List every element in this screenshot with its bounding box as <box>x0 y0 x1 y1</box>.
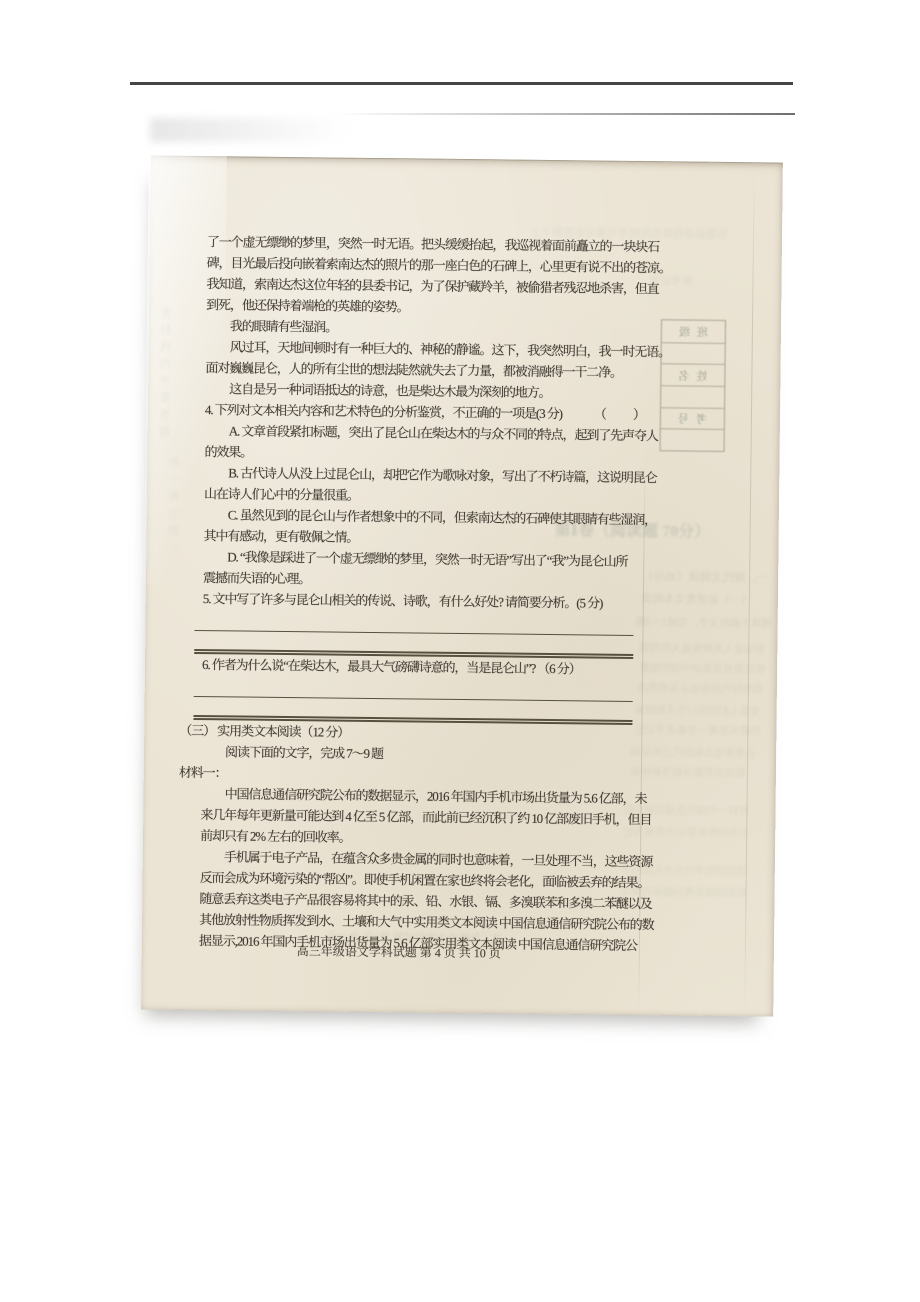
bleed-table-row: 考号 <box>661 407 724 429</box>
exam-body-text: 了一个虚无缥缈的梦里，突然一时无语。把头缓缓抬起，我巡视着面前矗立的一块块石碑，… <box>199 231 652 956</box>
bleed-table-row <box>661 385 724 407</box>
scanned-exam-page: 班级姓名考号 答题前请将姓名班级考号填写在答题卡上准考证号第Ⅰ卷（阅读题 70分… <box>0 0 920 1302</box>
bleed-through-text: 的路买票难一票难求等记忆 <box>634 722 760 738</box>
bleed-through-text: 的一种尘想 <box>166 457 183 542</box>
paper-crease <box>744 163 755 1016</box>
bleed-through-text: 正渐渐远去取而代之的是刷 <box>630 744 756 760</box>
bleed-table-row <box>661 429 724 451</box>
secondary-horizontal-rule <box>335 113 795 115</box>
bleed-through-text: 春运是人类规模最大的周期 <box>639 640 765 656</box>
top-horizontal-rule <box>130 82 793 85</box>
bleed-through-text: 性迁徙也是流动中国的缩影 <box>639 660 765 676</box>
bleed-through-text: 高铁时代的春运正在悄然改 <box>637 680 763 696</box>
answer-brackets: （ ） <box>594 403 650 425</box>
bleed-through-text: 脸进站智能导航等新体验 <box>630 764 746 780</box>
bleed-table-row: 姓名 <box>661 364 724 386</box>
bleed-through-text: 变着人们的出行方式和回家 <box>635 702 761 718</box>
bleed-through-text: 密封线内不要答题 <box>158 307 176 443</box>
bleed-through-text: 一、现代文阅读（35分） <box>642 568 769 585</box>
bleed-table-row: 班级 <box>662 320 725 342</box>
bleed-through-text: （一）论述类文本阅读 <box>642 590 752 607</box>
bleed-through-texts: 答题前请将姓名班级考号填写在答题卡上准考证号第Ⅰ卷（阅读题 70分）一、现代文阅… <box>151 156 783 163</box>
bleed-through-text: 阅读下面的文字，完成1～3题 <box>636 614 773 631</box>
bleed-table-row <box>662 342 725 364</box>
page-footer: 高三年级语文学科试题 第 4 页 共 10 页 <box>297 942 501 961</box>
exam-paper-sheet: 班级姓名考号 答题前请将姓名班级考号填写在答题卡上准考证号第Ⅰ卷（阅读题 70分… <box>141 155 783 1016</box>
scan-smudge <box>150 118 350 142</box>
bleed-through-table: 班级姓名考号 <box>660 319 726 452</box>
